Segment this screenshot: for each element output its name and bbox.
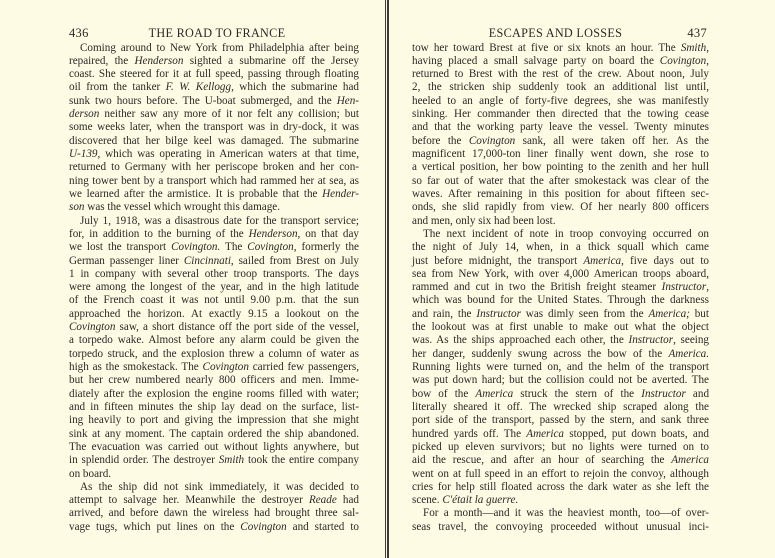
text-line: 2, the stricken ship suddenly took an ad…	[412, 81, 709, 94]
text-line: onds, she slid rapidly from view. Of her…	[412, 201, 709, 214]
text-line: cries for help still floated across the …	[412, 481, 709, 494]
text-line: coast. She steered for it at full speed,…	[69, 68, 359, 81]
text-line: torpedo struck, and the explosion threw …	[69, 348, 359, 361]
text-line: for, in addition to the burning of the H…	[69, 228, 359, 241]
text-line: Covington saw, a short distance off the …	[69, 321, 359, 334]
text-line: German passenger liner Cincinnati, saile…	[69, 255, 359, 268]
text-line: bow of the America struck the stern of t…	[412, 388, 709, 401]
text-line: port side of the transport, passed by th…	[412, 414, 709, 427]
text-line: literally sheared it off. The wrecked sh…	[412, 401, 709, 414]
text-line: picked up eleven survivors; but no light…	[412, 441, 709, 454]
text-line: before the Covington sank, all were take…	[412, 135, 709, 148]
page-gutter-divider	[384, 0, 390, 558]
text-line: we learned after the armistice. It is pr…	[69, 188, 359, 201]
text-line: hundred yards off. The America stopped, …	[412, 428, 709, 441]
text-line: derson neither saw any more of it nor fe…	[69, 108, 359, 121]
text-line: arrived, and before dawn the wireless ha…	[69, 507, 359, 520]
right-page-body: tow her toward Brest at five or six knot…	[412, 42, 709, 535]
text-line: some weeks later, when the transport was…	[69, 121, 359, 134]
text-line: approached the horizon. At exactly 9.15 …	[69, 308, 359, 321]
text-line: Running lights were turned on, and the h…	[412, 361, 709, 374]
running-head-left: 436 THE ROAD TO FRANCE	[69, 26, 359, 42]
text-line: just before midnight, the transport Amer…	[412, 255, 709, 268]
page-number: 437	[687, 26, 707, 41]
text-line: in splendid order. The destroyer Smith t…	[69, 454, 359, 467]
text-line: were among the longest of the year, and …	[69, 281, 359, 294]
text-line: diately after the explosion the engine r…	[69, 388, 359, 401]
text-line: a vertical position, her bow pointing to…	[412, 161, 709, 174]
text-line: we lost the transport Covington. The Cov…	[69, 241, 359, 254]
running-head-right: ESCAPES AND LOSSES 437	[412, 26, 709, 42]
text-line: July 1, 1918, was a disastrous date for …	[69, 215, 359, 228]
text-line: U-139, which was operating in American w…	[69, 148, 359, 161]
text-line: returned to Germany with her periscope b…	[69, 161, 359, 174]
text-line: Coming around to New York from Philadelp…	[69, 42, 359, 55]
text-line: attempt to salvage her. Meanwhile the de…	[69, 494, 359, 507]
text-line: the lookout was at first unable to make …	[412, 321, 709, 334]
text-line: As the ship did not sink immediately, it…	[69, 481, 359, 494]
text-line: was. As the ships approached each other,…	[412, 334, 709, 347]
text-line: aid the rescue, and after an hour of sea…	[412, 454, 709, 467]
text-line: of the French coast it was not until 9.0…	[69, 294, 359, 307]
text-line: returned to Brest with the rest of the c…	[412, 68, 709, 81]
text-line: which was bound for the United States. T…	[412, 294, 709, 307]
text-line: The next incident of note in troop convo…	[412, 228, 709, 241]
text-line: and that the working party leave the ves…	[412, 121, 709, 134]
text-line: The evacuation was carried out without l…	[69, 441, 359, 454]
text-line: having placed a small salvage party on b…	[412, 55, 709, 68]
text-line: 1 in company with several other troop tr…	[69, 268, 359, 281]
text-line: sea from New York, with over 4,000 Ameri…	[412, 268, 709, 281]
text-line: seas travel, the convoying proceeded wit…	[412, 521, 709, 534]
text-line: on board.	[69, 468, 359, 481]
text-line: vage tugs, which put lines on the Coving…	[69, 521, 359, 534]
text-line: ing heavily to port and giving the impre…	[69, 414, 359, 427]
left-page-body: Coming around to New York from Philadelp…	[69, 42, 359, 535]
text-line: sinking. Her commander then directed tha…	[412, 108, 709, 121]
text-line: ning tower bent by a transport which had…	[69, 175, 359, 188]
text-line: went on at full speed in an effort to re…	[412, 468, 709, 481]
text-line: heeled to an angle of forty-five degrees…	[412, 95, 709, 108]
text-line: repaired, the Henderson sighted a submar…	[69, 55, 359, 68]
text-line: sink at any moment. The captain ordered …	[69, 428, 359, 441]
running-head-title: ESCAPES AND LOSSES	[412, 26, 709, 41]
book-spread: 436 THE ROAD TO FRANCE Coming around to …	[0, 0, 775, 558]
running-head-title: THE ROAD TO FRANCE	[69, 26, 359, 41]
text-line: but her crew numbered nearly 800 officer…	[69, 374, 359, 387]
text-line: rammed and cut in two the British freigh…	[412, 281, 709, 294]
text-line: son was the vessel which wrought this da…	[69, 201, 359, 214]
text-line: the night of July 14, when, in a thick s…	[412, 241, 709, 254]
text-line: and rain, the Instructor was dimly seen …	[412, 308, 709, 321]
text-line: high as the smokestack. The Covington ca…	[69, 361, 359, 374]
text-line: discovered that her bilge keel was damag…	[69, 135, 359, 148]
text-line: was put down hard; but the collision cou…	[412, 374, 709, 387]
text-line: magnificent 17,000-ton liner finally wen…	[412, 148, 709, 161]
text-line: a torpedo wake. Almost before any alarm …	[69, 334, 359, 347]
text-line: scene. C'était la guerre.	[412, 494, 709, 507]
text-line: For a month—and it was the heaviest mont…	[412, 507, 709, 520]
text-line: her danger, suddenly swung across the bo…	[412, 348, 709, 361]
text-line: oil from the tanker F. W. Kellogg, which…	[69, 81, 359, 94]
text-line: waves. After remaining in this position …	[412, 188, 709, 201]
text-line: so far out of water that the after smoke…	[412, 175, 709, 188]
text-line: and men, only six had been lost.	[412, 215, 709, 228]
text-line: and in fifteen minutes the ship lay dead…	[69, 401, 359, 414]
text-line: tow her toward Brest at five or six knot…	[412, 42, 709, 55]
text-line: sunk two hours before. The U-boat submer…	[69, 95, 359, 108]
